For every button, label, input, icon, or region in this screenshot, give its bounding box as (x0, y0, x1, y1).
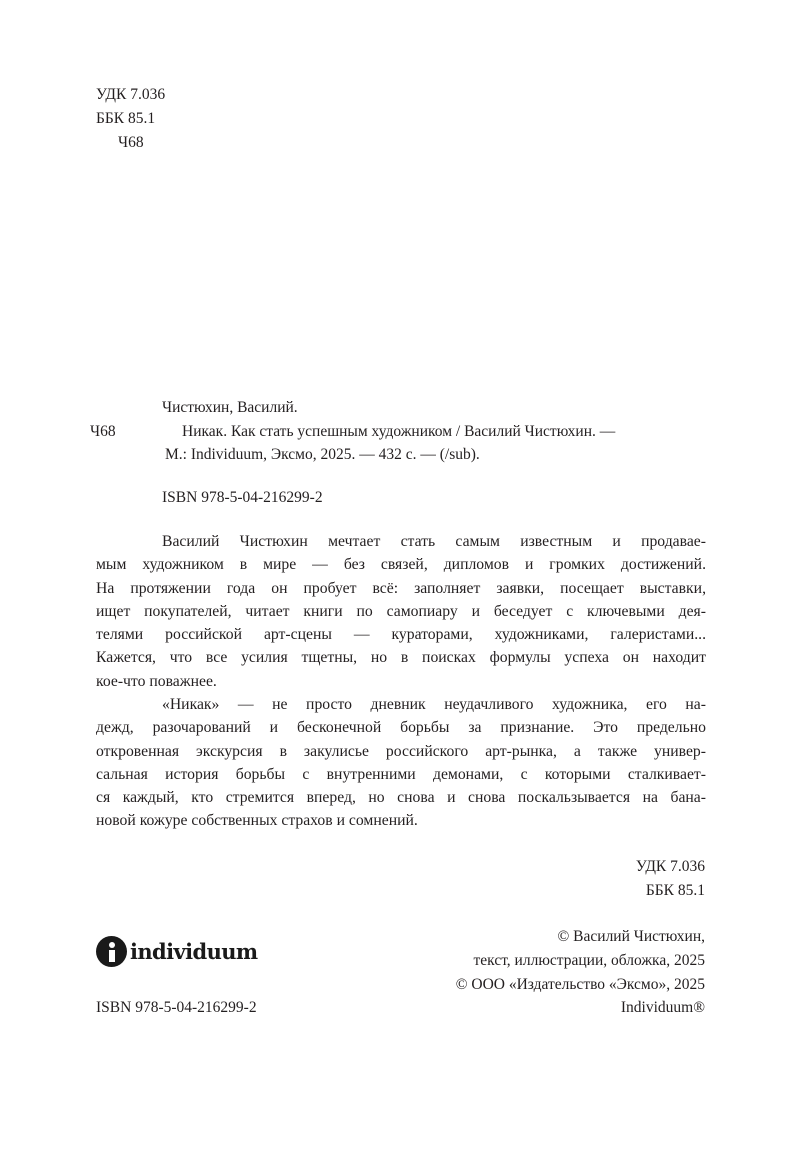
annotation-line: кое-что поважнее. (96, 670, 706, 693)
isbn-record: ISBN 978-5-04-216299-2 (162, 487, 323, 509)
author-mark: Ч68 (90, 421, 116, 443)
annotation-paragraph-2: «Никак» — не просто дневник неудачливого… (96, 693, 706, 833)
individuum-i-icon (96, 936, 127, 967)
udk-code-bottom: УДК 7.036 (636, 856, 705, 878)
annotation-line: новой кожуре собственных страхов и сомне… (96, 809, 706, 832)
annotation-line: Василий Чистюхин мечтает стать самым изв… (96, 530, 706, 553)
annotation-line: телями российской арт-сцены — кураторами… (96, 623, 706, 646)
annotation-line: дежд, разочарований и бесконечной борьбы… (96, 716, 706, 739)
title-line: Никак. Как стать успешным художником / В… (182, 421, 615, 443)
isbn-bottom: ISBN 978-5-04-216299-2 (96, 997, 257, 1019)
copyright-line-2: текст, иллюстрации, обложка, 2025 (474, 950, 705, 972)
annotation-line: Кажется, что все усилия тщетны, но в пои… (96, 646, 706, 669)
logo-wordmark: individuum (130, 939, 258, 964)
annotation-line: На протяжении года он пробует всё: запол… (96, 577, 706, 600)
publisher-logo: individuum (96, 936, 258, 967)
bbk-code-bottom: ББК 85.1 (646, 880, 705, 902)
bbk-code-top: ББК 85.1 (96, 108, 155, 130)
annotation-line: ищет покупателей, читает книги по самопи… (96, 600, 706, 623)
copyright-line-1: © Василий Чистюхин, (558, 926, 705, 948)
annotation-line: сальная история борьбы с внутренними дем… (96, 763, 706, 786)
annotation-line: «Никак» — не просто дневник неудачливого… (96, 693, 706, 716)
annotation-line: мым художником в мире — без связей, дипл… (96, 553, 706, 576)
imprint-line: М.: Individuum, Эксмо, 2025. — 432 с. — … (165, 444, 480, 466)
annotation-line: откровенная экскурсия в закулисье россий… (96, 740, 706, 763)
annotation-line: ся каждый, кто стремится вперед, но снов… (96, 786, 706, 809)
author-mark-top: Ч68 (118, 132, 144, 154)
udk-code-top: УДК 7.036 (96, 84, 165, 106)
author-heading: Чистюхин, Василий. (162, 397, 298, 419)
copyright-line-4: Individuum® (621, 997, 705, 1019)
copyright-line-3: © ООО «Издательство «Эксмо», 2025 (456, 974, 705, 996)
annotation-paragraph-1: Василий Чистюхин мечтает стать самым изв… (96, 530, 706, 693)
